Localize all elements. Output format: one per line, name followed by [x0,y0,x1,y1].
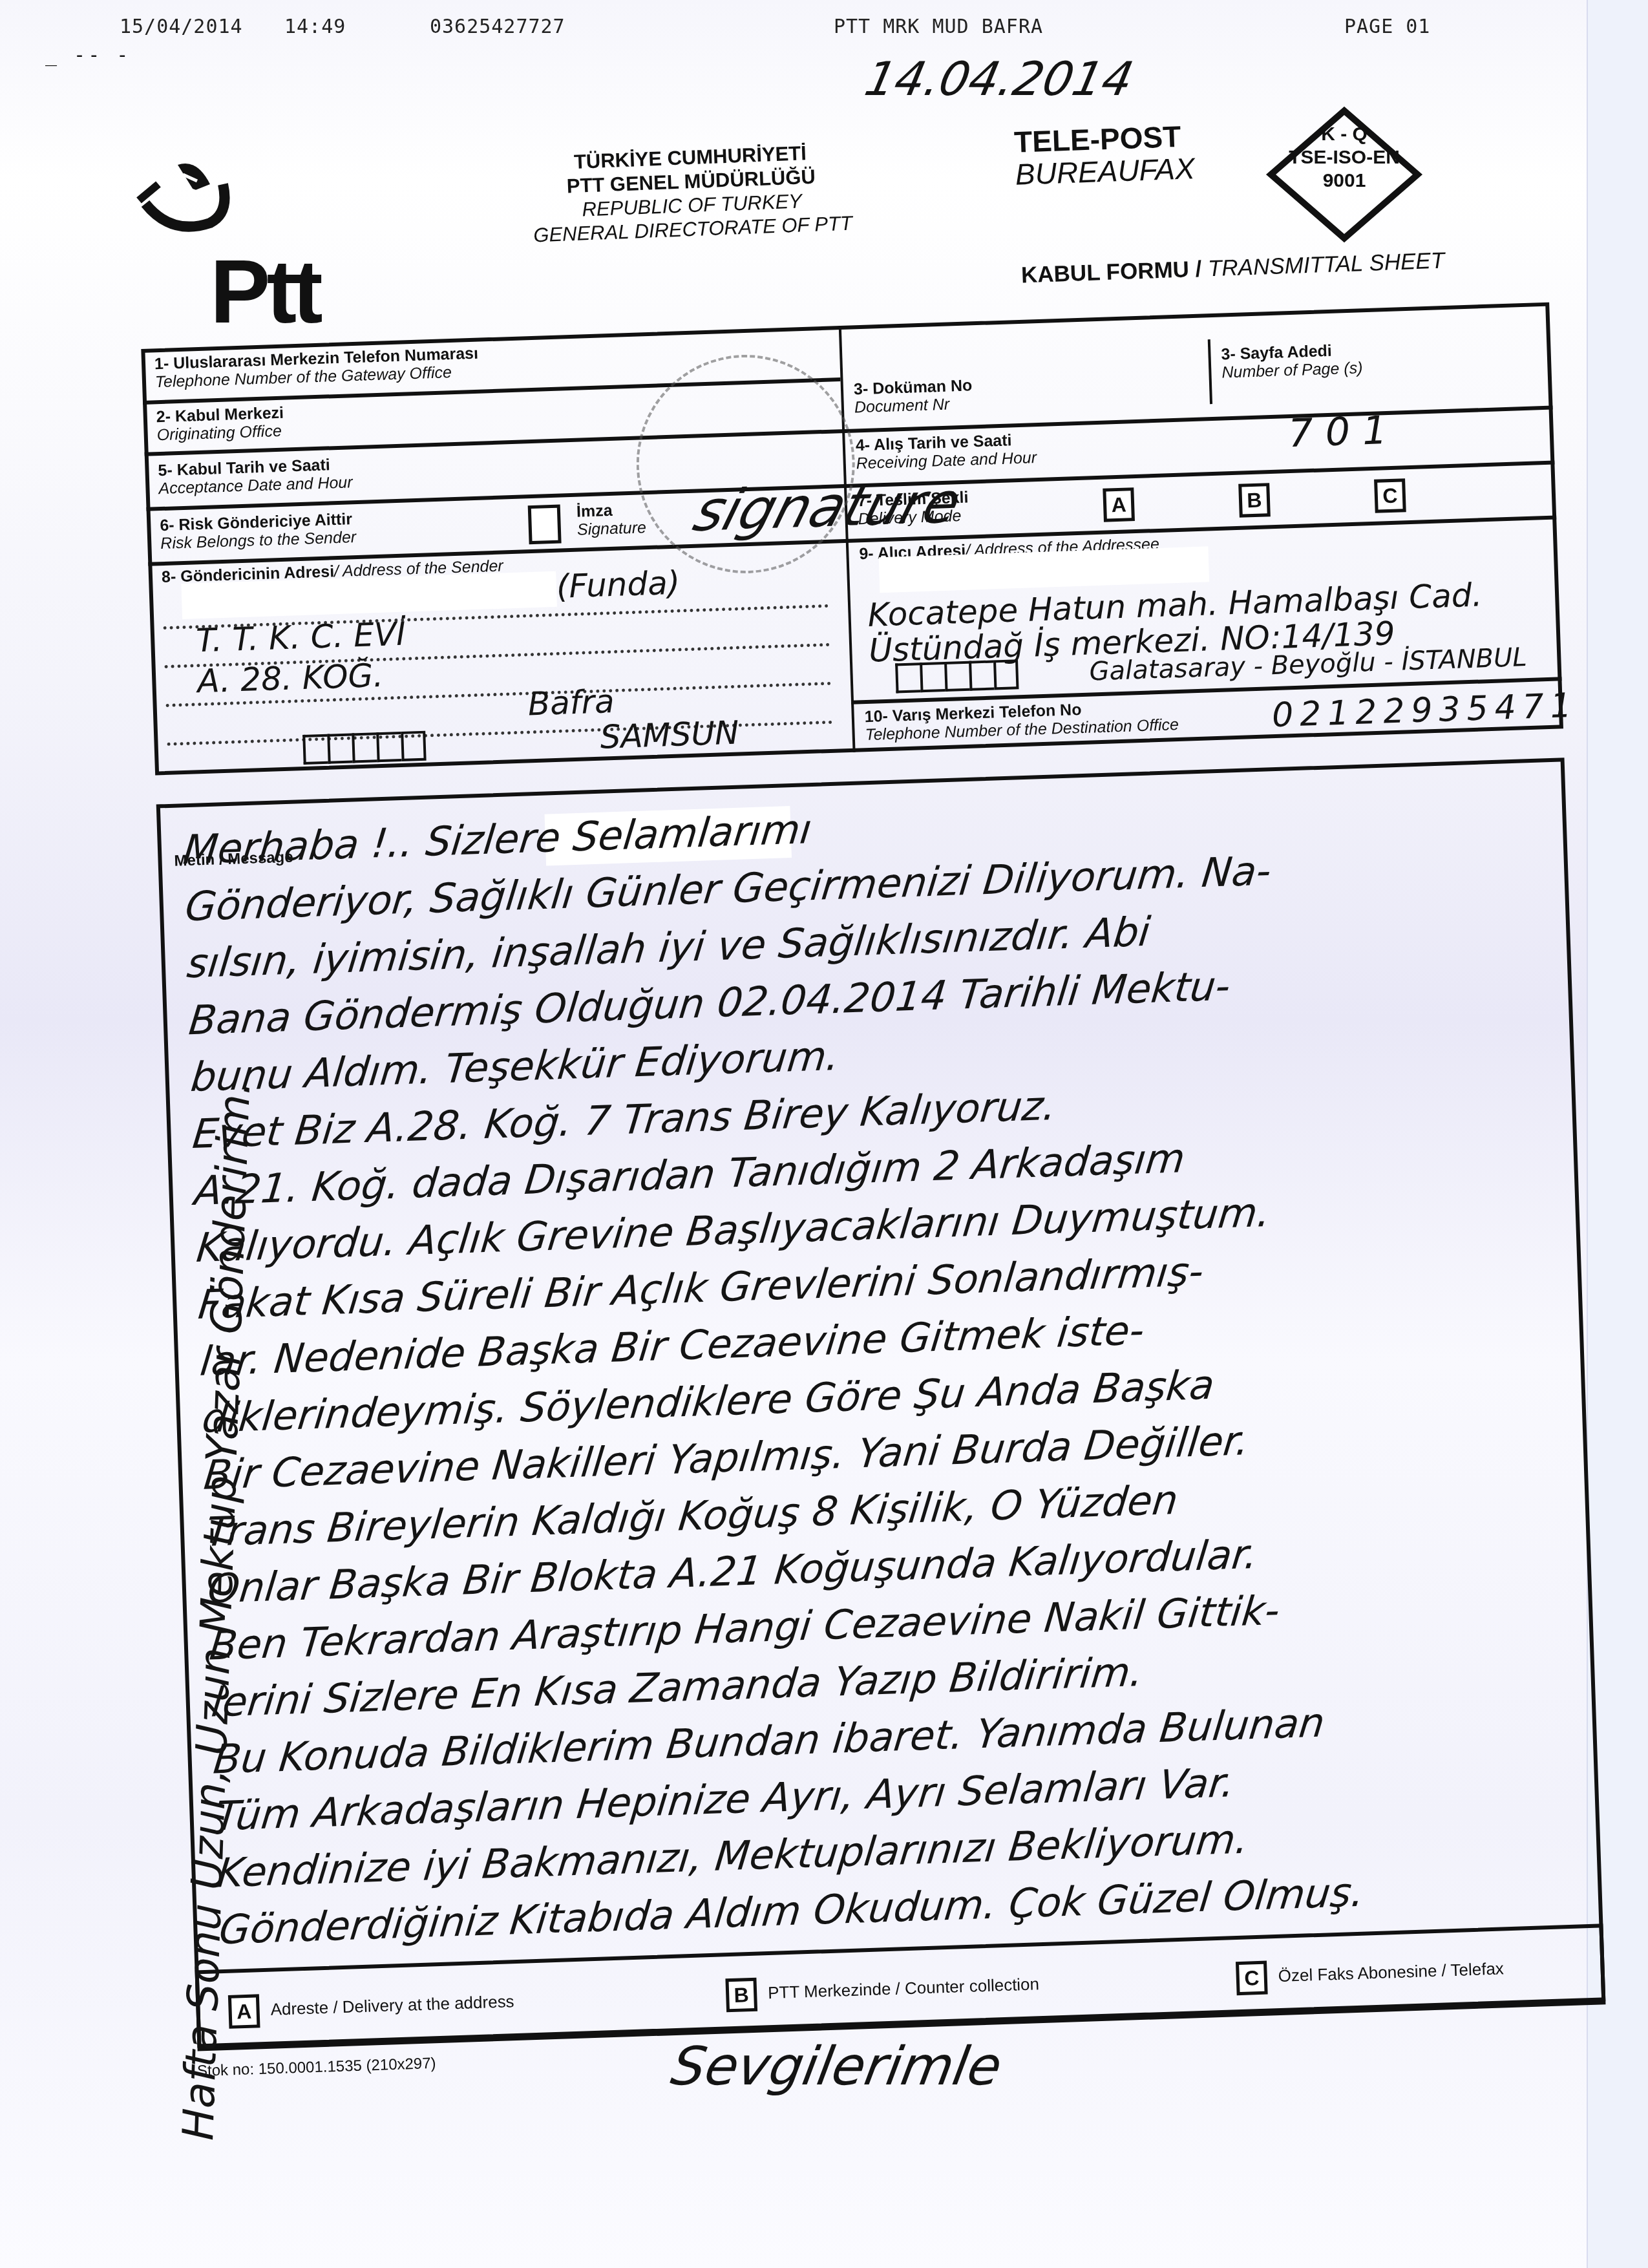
cert-line-2: TSE-ISO-EN [1267,146,1422,169]
field-originating-office: 2- Kabul MerkeziOriginating Office [156,404,284,445]
sender-address-line-1: T. T. K. C. EVİ [195,615,406,660]
closing-signoff: Sevgilerimle [667,2036,1006,2097]
fax-transmission-header: 15/04/2014 14:49 03625427727 PTT MRK MUD… [97,16,1486,44]
delivery-option-c-box[interactable]: C [1236,1961,1268,1996]
field-acceptance-date: 5- Kabul Tarih ve SaatiAcceptance Date a… [158,455,353,498]
field-document-no: 3- Doküman NoDocument Nr [854,376,973,416]
fax-marks: _ -- - [45,44,131,67]
iso-certification-badge: K - Q TSE-ISO-EN 9001 [1267,97,1422,252]
signature-label: İmzaSignature [576,500,647,539]
delivery-option-a[interactable]: A [1103,487,1135,522]
fax-time: 14:49 [284,16,346,38]
handwritten-date: 14.04.2014 [860,52,1138,106]
ptt-horn-logo-icon [132,152,249,249]
service-subtitle: BUREAUFAX [1015,152,1195,191]
service-title: TELE-POST BUREAUFAX [1013,120,1195,191]
field-receiving-date: 4- Alış Tarih ve SaatiReceiving Date and… [855,430,1037,472]
sender-name: (Funda) [556,564,681,606]
sender-postal-code-boxes[interactable] [302,731,426,765]
field-risk-sender: 6- Risk Göndericiye AittirRisk Belongs t… [160,510,357,553]
risk-checkbox[interactable] [528,505,562,545]
delivery-option-b-box[interactable]: B [725,1978,757,2013]
fax-sender-number: 03625427727 [430,16,565,38]
receiving-date-value: 7 0 1 [1287,408,1388,456]
transmittal-form: 1- Uluslararası Merkezin Telefon Numaras… [139,238,1607,2074]
cert-line-1: K - Q [1267,123,1422,146]
field-delivery-mode: 7- Teslim ŞekliDelivery Mode [857,489,969,529]
sender-city: Bafra [527,683,615,723]
sender-province: SAMSUN [600,714,740,756]
delivery-option-c[interactable]: C [1374,478,1406,513]
delivery-option-a-box[interactable]: A [228,1994,260,2029]
organization-block: TÜRKİYE CUMHURİYETİ PTT GENEL MÜDÜRLÜĞÜ … [470,137,913,249]
delivery-option-b[interactable]: B [1238,483,1271,518]
fax-station: PTT MRK MUD BAFRA [834,16,1043,38]
addressee-postal-code-boxes[interactable] [895,659,1019,693]
sender-address-line-2: A. 28. KOĞ. [196,657,384,701]
fax-page-number: PAGE 01 [1344,16,1430,38]
field-page-count: 3- Sayfa AdediNumber of Page (s) [1221,341,1363,381]
fax-date: 15/04/2014 [120,16,243,38]
cert-line-3: 9001 [1267,169,1422,193]
